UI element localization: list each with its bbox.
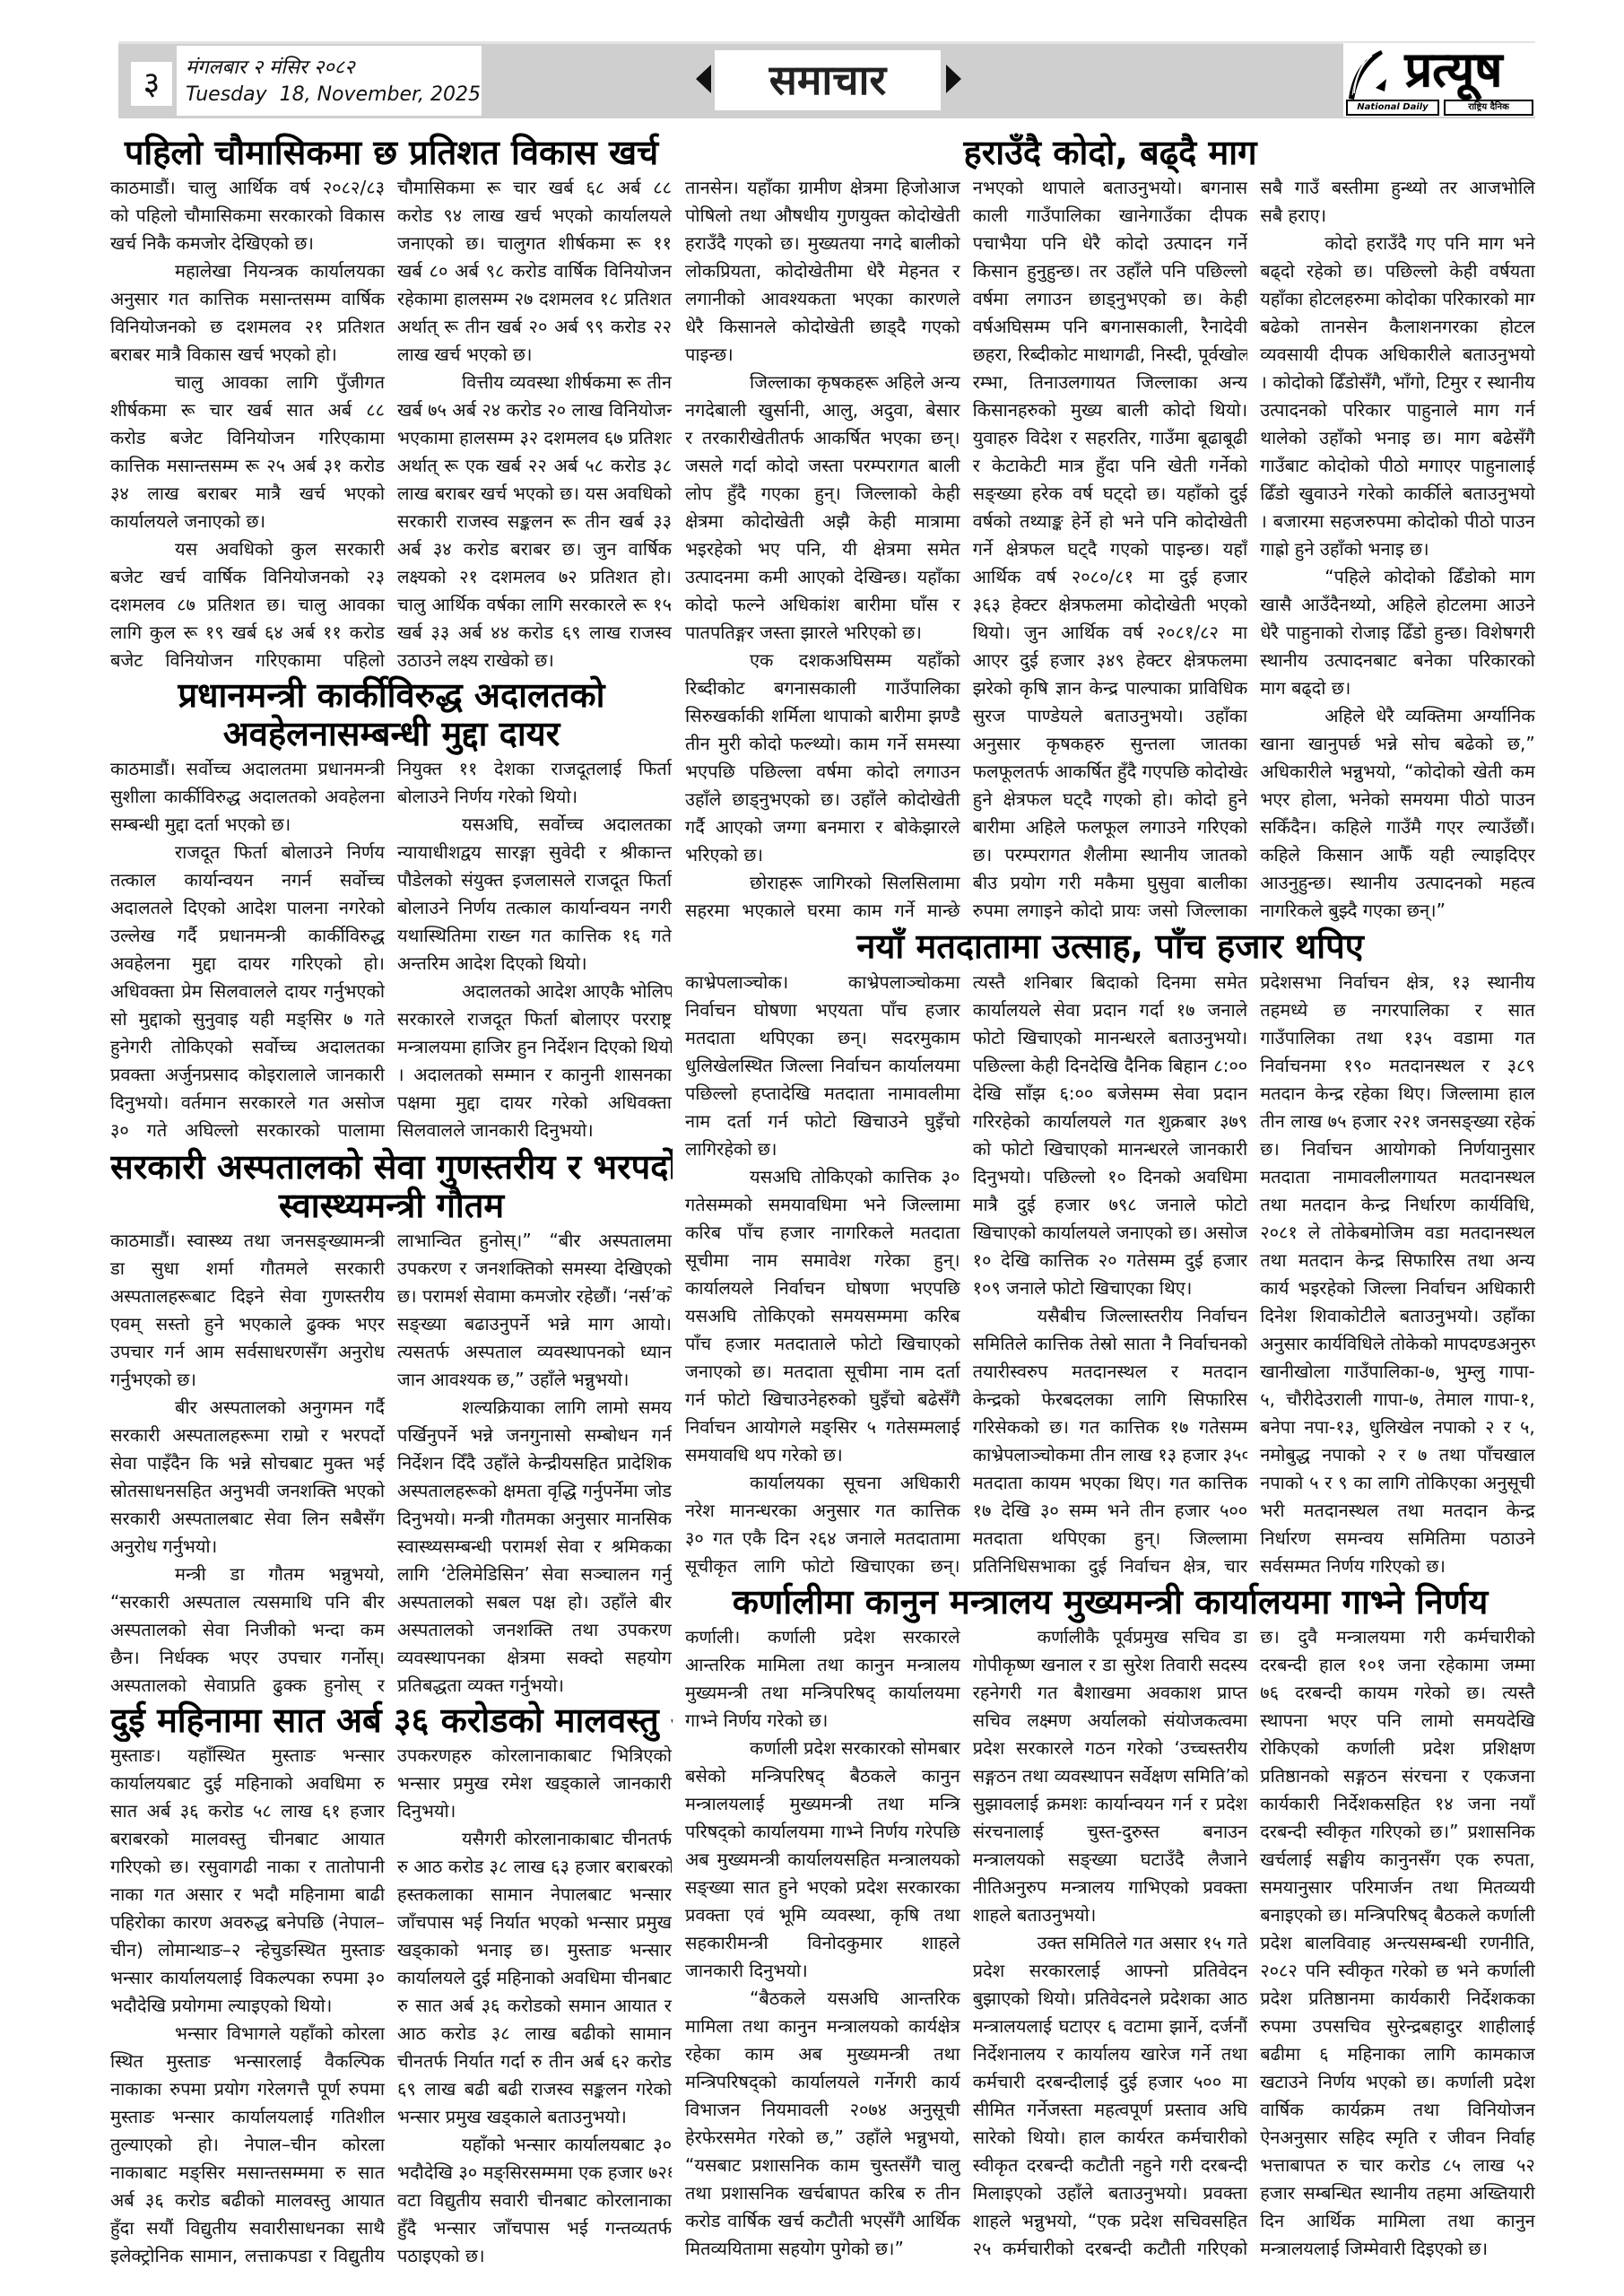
text-line: छ। परामर्श सेवामा कमजोर रहेछौं। ‘नर्स’को — [397, 1283, 672, 1310]
text-line: कर्णाली। कर्णाली प्रदेश सरकारले — [685, 1623, 960, 1651]
text-line: खाना खानुपर्छ भन्ने सोच बढेको छ,” — [1260, 730, 1535, 758]
text-line: प्रदेश बालविवाह अन्त्यसम्बन्धी रणनीति, — [1260, 1929, 1535, 1957]
text-line: गरिसेकको छ। गत कात्तिक १७ गतेसम्म — [973, 1413, 1248, 1441]
text-line: कार्यालयबाट दुई महिनाको अवधिमा रु — [110, 1770, 385, 1797]
text-line: १०९ जनाले फोटो खिचाएका थिए। — [973, 1274, 1248, 1302]
text-line: दिनुभयो। — [397, 1797, 672, 1825]
text-line: उपकरण र जनशक्तिको समस्या देखिएको — [397, 1255, 672, 1283]
text-line: कोदो हराउँदै गए पनि माग भने — [1260, 230, 1535, 257]
text-line: बजेट विनियोजन गरिएकामा पहिलो — [110, 647, 385, 674]
text-line: त्यस्तै शनिबार बिदाको दिनमा समेत — [973, 969, 1248, 996]
text-line: जसले गर्दा कोदो जस्ता परम्परागत बाली — [685, 452, 960, 480]
text-line: सङ्ख्या बढाउनुपर्ने भन्ने माग आयो। — [397, 1310, 672, 1338]
text-line: पहिरोका कारण अवरुद्ध बनेपछि (नेपाल– — [110, 1909, 385, 1936]
text-line: छ। निर्वाचन आयोगको निर्णयानुसार — [1260, 1135, 1535, 1163]
text-line: प्रवक्ता अर्जुनप्रसाद कोइरालाले जानकारी — [110, 1061, 385, 1089]
text-line: ७६ दरबन्दी कायम गरेको छ। त्यस्तै — [1260, 1679, 1535, 1707]
text-line: अर्थात् रू तीन खर्ब २० अर्ब ९९ करोड २२ — [397, 313, 672, 341]
article-karnali-ministry-merger: कर्णालीमा कानुन मन्त्रालय मुख्यमन्त्री क… — [685, 1580, 1535, 2263]
text-line: केन्द्रको फेरबदलका लागि सिफारिस — [973, 1386, 1248, 1413]
text-line: रहेका काम अब मुख्यमन्त्री तथा — [685, 2040, 960, 2068]
text-line: । कोदोको ढिँडोसँगै, भाँगो, टिमुर र स्थान… — [1260, 369, 1535, 396]
headline-line: अवहेलनासम्बन्धी मुद्दा दायर — [110, 715, 673, 753]
headline-line: हराउँदै कोदो, बढ्दै माग — [685, 131, 1535, 174]
text-line: मतदाता थपिएका हुन्। जिल्लामा — [973, 1525, 1248, 1552]
text-line: भन्सार प्रमुख रमेश खड्काले जानकारी — [397, 1770, 672, 1797]
text-line: बढेको तानसेन कैलाशनगरका होटल — [1260, 313, 1535, 341]
text-line: लक्ष्यको २१ दशमलव ७२ प्रतिशत हो। — [397, 563, 672, 591]
text-line: पर्खिनुपर्ने भन्ने जनगुनासो सम्बोधन गर्न — [397, 1422, 672, 1449]
text-line: फोटो खिचाएको मानन्धरले बताउनुभयो। — [973, 1024, 1248, 1052]
text-line: हजार सम्बन्धित स्थानीय तहमा अख्तियारी — [1260, 2179, 1535, 2207]
article-column: काठमाडौं। स्वास्थ्य तथा जनसङ्ख्यामन्त्री… — [110, 1227, 385, 1700]
text-line: उहाँले छाड्नुभएको छ। उहाँले कोदोखेती — [685, 786, 960, 813]
text-line: हेरफेरसमेत गरेको छ,” उहाँले भन्नुभयो, — [685, 2124, 960, 2152]
text-line: स्रोतसाधनसहित अनुभवी जनशक्ति भएको — [110, 1477, 385, 1505]
text-line: सहकारीमन्त्री विनोदकुमार शाहले — [685, 1929, 960, 1957]
headline: नयाँ मतदातामा उत्साह, पाँच हजार थपिए — [685, 925, 1535, 969]
text-line: सङ्ख्या सात हुने भएको प्रदेश सरकारका — [685, 1874, 960, 1901]
text-line: नाकाका रुपमा प्रयोग गरेलगत्तै पूर्ण रुपम… — [110, 2075, 385, 2103]
text-line: तथा मतदान केन्द्र सिफारिस तथा अन्य — [1260, 1247, 1535, 1274]
logo-wordmark: प्रत्यूष — [1374, 43, 1533, 99]
logo-tagline-nepali: राष्ट्रिय दैनिक — [1444, 100, 1533, 116]
text-line: शीर्षकमा रू चार खर्ब सात अर्ब ८८ — [110, 396, 385, 424]
date-box: मंगलबार २ मंसिर २०८२ Tuesday 18, Novembe… — [177, 46, 482, 116]
text-line: जनाएको छ। मतदाता सूचीमा नाम दर्ता — [685, 1358, 960, 1386]
headline-line: स्वास्थ्यमन्त्री गौतम — [110, 1187, 673, 1225]
text-line: खासै आउँदैनथ्यो, अहिले होटलमा आउने — [1260, 591, 1535, 619]
text-line: सुरज पाण्डेयले बताउनुभयो। उहाँका — [973, 702, 1248, 730]
text-line: सहरमा भएकाले घरमा काम गर्ने मान्छे — [685, 897, 960, 925]
text-line: को फोटो खिचाएको मानन्धरले जानकारी — [973, 1135, 1248, 1163]
headline-line: नयाँ मतदातामा उत्साह, पाँच हजार थपिए — [685, 925, 1535, 969]
text-line: परिषद्को कार्यालयमा गाभ्ने निर्णय गरेपछि — [685, 1818, 960, 1846]
text-line: हराउँदै गएको छ। मुख्यतया नगदे बालीको — [685, 230, 960, 257]
text-line: प्रवक्ता एवं भूमि व्यवस्था, कृषि तथा — [685, 1901, 960, 1929]
text-line: को पहिलो चौमासिकमा सरकारको विकास — [110, 202, 385, 230]
text-line: बराबर मात्रै विकास खर्च भएको हो। — [110, 341, 385, 369]
text-line: स्थानीय उत्पादनबाट बनेका परिकारको — [1260, 647, 1535, 674]
text-line: “बैठकले यसअघि आन्तरिक — [685, 1985, 960, 2013]
text-line: अनुरोध गर्नुभयो। — [110, 1533, 385, 1561]
article-column: प्रदेशसभा निर्वाचन क्षेत्र, १३ स्थानीयतह… — [1260, 969, 1535, 1580]
text-line: मुस्ताङ भन्सार कार्यालयलाई गतिशील — [110, 2103, 385, 2131]
text-line: भन्सार विभागले यहाँको कोरला — [110, 2020, 385, 2048]
text-line: खर्ब ८० अर्ब ९८ करोड वार्षिक विनियोजन — [397, 257, 672, 285]
text-line: इलेक्ट्रोनिक सामान, लत्ताकपडा र विद्युती… — [110, 2242, 385, 2270]
text-line: मतदाता नामावलीलगायत मतदानस्थल — [1260, 1163, 1535, 1191]
text-line: बोलाउने निर्णय तत्काल कार्यान्वयन नगरी — [397, 894, 672, 922]
text-line: ऐनअनुसार सहिद स्मृति र जीवन निर्वाह — [1260, 2124, 1535, 2152]
text-line: प्रदेश सरकारलाई आफ्नो प्रतिवेदन — [973, 1957, 1248, 1985]
text-line: अस्पतालको सेवा निजीको भन्दा कम — [110, 1616, 385, 1644]
text-line: मतदान केन्द्र रहेका थिए। जिल्लामा हाल — [1260, 1080, 1535, 1108]
text-line: अनुसार गत कात्तिक मसान्तसम्म वार्षिक — [110, 285, 385, 313]
text-line: रु आठ करोड ३८ लाख ६३ हजार बराबरको — [397, 1853, 672, 1881]
text-line: व्यवस्थापनका क्षेत्रमा सक्दो सहयोग — [397, 1644, 672, 1672]
text-line: राजदूत फिर्ता बोलाउने निर्णय — [110, 839, 385, 866]
text-line: बीउ प्रयोग गरी मकैमा घुसुवा बालीका — [973, 869, 1248, 897]
article-column: कर्णाली। कर्णाली प्रदेश सरकारलेआन्तरिक म… — [685, 1623, 960, 2263]
text-line: रु सात अर्ब ३६ करोडको समान आयात र — [397, 1992, 672, 2020]
text-line: कार्य भइरहेको जिल्ला निर्वाचन अधिकारी — [1260, 1274, 1535, 1302]
text-line: युवाहरु विदेश र सहरतिर, गाउँमा बूढाबूढी — [973, 424, 1248, 452]
text-line: अधिकारीले भन्नुभयो, “कोदोको खेती कम — [1260, 758, 1535, 786]
text-line: अदालतले दिएको आदेश पालना नगरेको — [110, 894, 385, 922]
text-line: भरिएको छ। — [685, 841, 960, 869]
text-line: गाभ्ने निर्णय गरेको छ। — [685, 1707, 960, 1735]
text-line: स्वीकृत दरबन्दी कटौती नहुने गरी दरबन्दी — [973, 2152, 1248, 2179]
text-line: गाउँबाट कोदोको पीठो मगाएर पाहुनालाई — [1260, 452, 1535, 480]
text-line: यसअघि तोकिएको कात्तिक ३० — [685, 1163, 960, 1191]
text-line: निर्वाचन आयोगले मङ्सिर ५ गतेसम्मलाई — [685, 1413, 960, 1441]
text-line: गाउँपालिका तथा १३५ वडामा गत — [1260, 1024, 1535, 1052]
text-line: देखि साँझ ६:०० बजेसम्म सेवा प्रदान — [973, 1080, 1248, 1108]
text-line: सचिव लक्ष्मण अर्यालको संयोजकत्वमा — [973, 1707, 1248, 1735]
masthead-logo: प्रत्यूष National Daily राष्ट्रिय दैनिक — [1343, 43, 1535, 117]
text-line: उत्पादनको परिकार पाहुनाले माग गर्न — [1260, 396, 1535, 424]
headline-line: प्रधानमन्त्री कार्कीविरुद्ध अदालतको — [110, 676, 673, 715]
text-line: जनाएको छ। चालुगत शीर्षकमा रू ११ — [397, 230, 672, 257]
text-line: काभ्रेपलाञ्चोक। काभ्रेपलाञ्चोकमा — [685, 969, 960, 996]
text-line: वटा विद्युतीय सवारी चीनबाट कोरलानाका — [397, 2187, 672, 2214]
text-line: छ। दुवै मन्त्रालयमा गरी कर्मचारीको — [1260, 1623, 1535, 1651]
text-line: अस्पतालको सबल पक्ष हो। उहाँले बीर — [397, 1588, 672, 1616]
text-line: पातपतिङ्गर जस्ता झारले भरिएको छ। — [685, 619, 960, 647]
text-line: मुस्ताङ। यहाँस्थित मुस्ताङ भन्सार — [110, 1742, 385, 1770]
text-line: दिनुभयो। पछिल्लो १० दिनको अवधिमा — [973, 1163, 1248, 1191]
text-line: नीतिअनुरुप मन्त्रालय गाभिएको प्रवक्ता — [973, 1874, 1248, 1901]
text-line: खर्ब ३३ अर्ब ४४ करोड ६९ लाख राजस्व — [397, 619, 672, 647]
text-line: किसानहरुको मुख्य बाली कोदो थियो। — [973, 396, 1248, 424]
text-line: दिन आर्थिक मामिला तथा कानुन — [1260, 2207, 1535, 2235]
text-line: चीनतर्फ निर्यात गर्दा रु तीन अर्ब ६२ करो… — [397, 2048, 672, 2075]
text-line: नपाको ५ र ९ का लागि तोकिएका अनुसूची — [1260, 1469, 1535, 1497]
text-line: पौडेलको संयुक्त इजलासले राजदूत फिर्ता — [397, 866, 672, 894]
text-line: हस्तकलाका सामान नेपालबाट भन्सार — [397, 1881, 672, 1909]
text-line: सिलवालले जानकारी दिनुभयो। — [397, 1117, 672, 1144]
text-line: त्यसतर्फ अस्पताल व्यवस्थापनको ध्यान — [397, 1338, 672, 1366]
text-line: । बजारमा सहजरुपमा कोदोको पीठो पाउन — [1260, 508, 1535, 535]
text-line: तत्काल कार्यान्वयन नगर्न सर्वोच्च — [110, 866, 385, 894]
headline: दुई महिनामा सात अर्ब ३६ करोडको मालवस्तु … — [110, 1700, 673, 1742]
text-line: काठमाडौं। सर्वोच्च अदालतमा प्रधानमन्त्री — [110, 755, 385, 783]
text-line: १० देखि कात्तिक २० गतेसम्म दुई हजार — [973, 1247, 1248, 1274]
text-line: नाका गत असार र भदौ महिनामा बाढी — [110, 1881, 385, 1909]
text-line: सरकारी राजस्व सङ्कलन रू तीन खर्ब ३३ — [397, 508, 672, 535]
text-line: तीन लाख ७५ हजार २२१ जनसङ्ख्या रहेको — [1260, 1108, 1535, 1135]
text-line: छ। परम्परागत शैलीमा स्थानीय जातको — [973, 841, 1248, 869]
text-line: करोड ९४ लाख खर्च भएको कार्यालयले — [397, 202, 672, 230]
text-line: लाख बराबर खर्च भएको छ। यस अवधिको — [397, 480, 672, 508]
text-line: सम्बन्धी मुद्दा दर्ता भएको छ। — [110, 811, 385, 839]
text-line: क्षेत्रमा कोदोखेती अझै केही मात्रामा — [685, 508, 960, 535]
text-line: न्यायाधीशद्वय सारङ्गा सुवेदी र श्रीकान्त — [397, 839, 672, 866]
text-line: गाह्रो हुने उहाँको भनाइ छ। — [1260, 535, 1535, 563]
text-line: तहमध्ये छ नगरपालिका र सात — [1260, 996, 1535, 1024]
text-line: “पहिले कोदोको ढिँडोको माग — [1260, 563, 1535, 591]
text-line: यसैगरी कोरलानाकाबाट चीनतर्फ — [397, 1825, 672, 1853]
text-line: अनुसार कार्यविधिले तोकेको मापदण्डअनुरुप — [1260, 1330, 1535, 1358]
text-line: कोदो फल्ने अधिकांश बारीमा घाँस र — [685, 591, 960, 619]
text-line: फलफूलतर्फ आकर्षित हुँदै गएपछि कोदोखेती — [973, 758, 1248, 786]
text-line: खड्काको भनाइ छ। मुस्ताङ भन्सार — [397, 1936, 672, 1964]
text-line: मामिला तथा कानुन मन्त्रालयको कार्यक्षेत्… — [685, 2013, 960, 2040]
text-line: लगानीको आवश्यकता भएका कारणले — [685, 285, 960, 313]
text-line: ३४ लाख बराबर मात्रै खर्च भएको — [110, 480, 385, 508]
text-line: सात अर्ब ३६ करोड ५८ लाख ६१ हजार — [110, 1797, 385, 1825]
text-line: रोकिएको कर्णाली प्रदेश प्रशिक्षण — [1260, 1735, 1535, 1762]
text-line: जिल्लाका कृषकहरू अहिले अन्य — [685, 369, 960, 396]
date-english: Tuesday 18, November, 2025 — [186, 83, 481, 106]
text-line: उक्त समितिले गत असार १५ गते — [973, 1929, 1248, 1957]
article-column: चौमासिकमा रू चार खर्ब ६८ अर्ब ८८करोड ९४ … — [397, 174, 672, 674]
arrow-left-icon — [696, 65, 711, 93]
text-line: प्रदेश प्रतिष्ठानमा कार्यकारी निर्देशकका — [1260, 1985, 1535, 2013]
text-line: गर्दै आएको जग्गा बनमारा र बोकेझारले — [685, 813, 960, 841]
text-line: गर्न फोटो खिचाउनेहरुको घुइँचो बढेसँगै — [685, 1386, 960, 1413]
text-line: प्रदेश सरकारले गठन गरेको ‘उच्चस्तरीय — [973, 1735, 1248, 1762]
text-line: भएकामा हालसम्म ३२ दशमलव ६७ प्रतिशत — [397, 424, 672, 452]
text-line: तयारीस्वरुप मतदानस्थल र मतदान — [973, 1358, 1248, 1386]
text-line: सरकारी अस्पतालबाट सेवा लिन सबैसँग — [110, 1505, 385, 1533]
text-line: आन्तरिक मामिला तथा कानुन मन्त्रालय — [685, 1651, 960, 1679]
text-line: हुँदा सयौं विद्युतीय सवारीसाधनका साथै — [110, 2214, 385, 2242]
text-line: कहिले किसान आफैँ यही ल्याइदिएर — [1260, 841, 1535, 869]
text-line: समितिले कात्तिक तेस्रो साता नै निर्वाचनक… — [973, 1330, 1248, 1358]
text-line: वित्तीय व्यवस्था शीर्षकमा रू तीन — [397, 369, 672, 396]
text-line: तीन मुरी कोदो फल्थ्यो। काम गर्ने समस्या — [685, 730, 960, 758]
text-line: दरबन्दी हाल १०१ जना रहेकामा जम्मा — [1260, 1651, 1535, 1679]
text-line: आठ करोड ३८ लाख बढीको सामान — [397, 2020, 672, 2048]
text-line: भएपछि पछिल्ला वर्षमा कोदो लगाउन — [685, 758, 960, 786]
text-line: बढ्दो रहेको छ। पछिल्लो केही वर्षयता — [1260, 257, 1535, 285]
text-line: सरकारी अस्पतालहरूमा राम्रो र भरपर्दो — [110, 1422, 385, 1449]
headline: सरकारी अस्पतालको सेवा गुणस्तरीय र भरपर्द… — [110, 1144, 673, 1227]
text-line: मतदाता कायम भएका थिए। गत कात्तिक — [973, 1469, 1248, 1497]
text-line: भदौदेखि प्रयोगमा ल्याइएको थियो। — [110, 1992, 385, 2020]
text-line: सूचीमा नाम समावेश गरेका हुन्। — [685, 1247, 960, 1274]
text-line: दिनेश शिवाकोटीले बताउनुभयो। उहाँका — [1260, 1302, 1535, 1330]
text-line: एक दशकअघिसम्म यहाँको — [685, 647, 960, 674]
text-line: बसेको मन्त्रिपरिषद् बैठकले कानुन — [685, 1762, 960, 1790]
text-line: पछिल्लो हप्तादेखि मतदाता नामावलीमा — [685, 1080, 960, 1108]
text-line: वर्षको तथ्याङ्क हेर्ने हो भने पनि कोदोखे… — [973, 508, 1248, 535]
text-line: पचाभैया पनि धेरै कोदो उत्पादन गर्ने — [973, 230, 1248, 257]
text-line: यस अवधिको कुल सरकारी — [110, 535, 385, 563]
text-line: मात्रै दुई हजार ७९८ जनाले फोटो — [973, 1191, 1248, 1219]
text-line: कर्णालीकै पूर्वप्रमुख सचिव डा — [973, 1623, 1248, 1651]
text-line: नियुक्त ११ देशका राजदूतलाई फिर्ता — [397, 755, 672, 783]
text-line: धुलिखेलस्थित जिल्ला निर्वाचन कार्यालयमा — [685, 1052, 960, 1080]
text-line: भन्सार कार्यालयलाई विकल्पका रुपमा ३० — [110, 1964, 385, 1992]
text-line: मिलाइएको उहाँले बताउनुभयो। प्रवक्ता — [973, 2179, 1248, 2207]
page-number: ३ — [131, 62, 172, 106]
text-line: गर्ने क्षेत्रफल घट्दै गएको पाइन्छ। यहाँ — [973, 535, 1248, 563]
text-line: माग बढ्दो छ। — [1260, 674, 1535, 702]
text-line: गोपीकृष्ण खनाल र डा सुरेश तिवारी सदस्य — [973, 1651, 1248, 1679]
text-line: छहरा, रिब्दीकोट माथागढी, निस्दी, पूर्वखो… — [973, 341, 1248, 369]
text-line: कर्णाली प्रदेश सरकारको सोमबार — [685, 1735, 960, 1762]
headline: हराउँदै कोदो, बढ्दै माग — [685, 131, 1535, 174]
headline-line: सरकारी अस्पतालको सेवा गुणस्तरीय र भरपर्द… — [110, 1148, 673, 1187]
text-line: बढीमा ६ महिनाका लागि कामकाज — [1260, 2040, 1535, 2068]
text-line: तुल्याएको हो। नेपाल–चीन कोरला — [110, 2131, 385, 2159]
text-line: नाकाबाट मङ्सिर मसान्तसम्ममा रु सात — [110, 2159, 385, 2187]
text-line: उत्पादनमा कमी आएको देखिन्छ। यहाँका — [685, 563, 960, 591]
text-line: सर्वसम्मत निर्णय गरिएको छ। — [1260, 1552, 1535, 1580]
text-line: बनाइएको छ। मन्त्रिपरिषद् बैठकले कर्णाली — [1260, 1901, 1535, 1929]
text-line: करिब पाँच हजार नागरिकले मतदाता — [685, 1219, 960, 1247]
text-line: निर्वाचन घोषणा भएयता पाँच हजार — [685, 996, 960, 1024]
text-line: मन्त्रालयलाई मुख्यमन्त्री तथा मन्त्रि — [685, 1790, 960, 1818]
text-line: अर्ब ३६ करोड बढीको मालवस्तु आयात — [110, 2187, 385, 2214]
text-line: नगदेबाली खुर्सानी, आलु, अदुवा, बेसार — [685, 396, 960, 424]
text-line: र केटाकेटी मात्र हुँदा पनि खेती गर्नेको — [973, 452, 1248, 480]
text-line: तानसेन। यहाँका ग्रामीण क्षेत्रमा हिजोआज — [685, 174, 960, 202]
text-line: पठाइएको छ। — [397, 2242, 672, 2270]
text-line: यथास्थितिमा राख्न गत कात्तिक १६ गते — [397, 922, 672, 950]
text-line: सो मुद्दाको सुनुवाइ यही मङ्सिर ७ गते — [110, 1005, 385, 1033]
text-line: करोड बजेट विनियोजन गरिएकामा — [110, 424, 385, 452]
text-line: काठमाडौं। स्वास्थ्य तथा जनसङ्ख्यामन्त्री — [110, 1227, 385, 1255]
text-line: मन्त्री डा गौतम भन्नुभयो, — [110, 1561, 385, 1588]
text-line: प्रतिनिधिसभाका दुई निर्वाचन क्षेत्र, चार — [973, 1552, 1248, 1580]
text-line: अस्पतालको जनशक्ति तथा उपकरण — [397, 1616, 672, 1644]
text-line: छोराहरू जागिरको सिलसिलामा — [685, 869, 960, 897]
text-line: पछिल्ला केही दिनदेखि दैनिक बिहान ८:०० — [973, 1052, 1248, 1080]
article-column: काठमाडौं। चालु आर्थिक वर्ष २०८२/८३को पहि… — [110, 174, 385, 674]
text-line: भदौदेखि ३० मङ्सिरसम्ममा एक हजार ७२६ — [397, 2159, 672, 2187]
text-line: रुपमा उपसचिव सुरेन्द्रबहादुर शाहीलाई — [1260, 2013, 1535, 2040]
text-line: आउनुहुन्छ। स्थानीय उत्पादनको महत्व — [1260, 869, 1535, 897]
text-line: विनियोजनको छ दशमलव २१ प्रतिशत — [110, 313, 385, 341]
text-line: नरेश मानन्धरका अनुसार गत कात्तिक — [685, 1497, 960, 1525]
text-line: मन्त्रालयको सङ्ख्या घटाउँदै लैजाने — [973, 1846, 1248, 1874]
text-line: प्रतिबद्धता व्यक्त गर्नुभयो। — [397, 1672, 672, 1700]
text-line: शाहले बताउनुभयो। — [973, 1901, 1248, 1929]
text-line: पाँच हजार मतदाताले फोटो खिचाएको — [685, 1330, 960, 1358]
text-line: पक्षमा मुद्दा दायर गरेको अधिवक्ता — [397, 1089, 672, 1117]
text-line: छैन। निर्धक्क भएर उपचार गर्नोस्। — [110, 1644, 385, 1672]
article-new-voters: नयाँ मतदातामा उत्साह, पाँच हजार थपिए काभ… — [685, 925, 1535, 1580]
text-line: प्रतिष्ठानको सङ्गठन संरचना र एकजना — [1260, 1762, 1535, 1790]
text-line: ५, चौरीदेउराली गापा-७, तेमाल गापा-१, — [1260, 1386, 1535, 1413]
text-line: चौमासिकमा रू चार खर्ब ६८ अर्ब ८८ — [397, 174, 672, 202]
text-line: भन्सार प्रमुख खड्काले बताउनुभयो। — [397, 2103, 672, 2131]
article-development-spending: पहिलो चौमासिकमा छ प्रतिशत विकास खर्च काठ… — [110, 131, 673, 674]
text-line: यहाँका होटलहरुमा कोदोका परिकारको माग — [1260, 285, 1535, 313]
text-line: दरबन्दी स्वीकृत गरिएको छ।” प्रशासनिक — [1260, 1818, 1535, 1846]
text-line: ६९ लाख बढी बढी राजस्व सङ्कलन गरेको — [397, 2075, 672, 2103]
text-line: दशमलव ८७ प्रतिशत छ। चालु आवका — [110, 591, 385, 619]
text-line: अदालतको आदेश आएकै भोलिपल्ट — [397, 978, 672, 1005]
text-line: वर्षअघिसम्म पनि बगनासकाली, रैनादेवी — [973, 313, 1248, 341]
text-line: कार्यकारी निर्देशकसहित १४ जना नयाँ — [1260, 1790, 1535, 1818]
text-line: सुशीला कार्कीविरुद्ध अदालतको अवहेलना — [110, 783, 385, 811]
article-column: नभएको थापाले बताउनुभयो। बगनासकाली गाउँपा… — [973, 174, 1248, 925]
text-line: बनेपा नपा-१३, धुलिखेल नपाको २ र ५, — [1260, 1413, 1535, 1441]
arrow-right-icon — [946, 65, 961, 93]
text-line: निर्देशनालय र कार्यालय खारेज गर्ने तथा — [973, 2040, 1248, 2068]
text-line: सारेको थियो। हाल कार्यरत कर्मचारीको — [973, 2124, 1248, 2152]
text-line: अर्ब ३४ करोड बराबर छ। जुन वार्षिक — [397, 535, 672, 563]
article-column: त्यस्तै शनिबार बिदाको दिनमा समेतकार्यालय… — [973, 969, 1248, 1580]
text-line: प्रदेशसभा निर्वाचन क्षेत्र, १३ स्थानीय — [1260, 969, 1535, 996]
text-line: ३६३ हेक्टर क्षेत्रफलमा कोदोखेती भएको — [973, 591, 1248, 619]
left-news-stack: पहिलो चौमासिकमा छ प्रतिशत विकास खर्च काठ… — [110, 131, 673, 2270]
text-line: मुख्यमन्त्री तथा मन्त्रिपरिषद् कार्यालयम… — [685, 1679, 960, 1707]
headline-line: कर्णालीमा कानुन मन्त्रालय मुख्यमन्त्री क… — [685, 1580, 1535, 1623]
text-line: खिचाएको कार्यालयले जनाएको छ। असोज — [973, 1219, 1248, 1247]
text-line: उठाउने लक्ष्य राखेको छ। — [397, 647, 672, 674]
text-line: नागरिकले बुझ्दै गएका छन्।” — [1260, 897, 1535, 925]
text-line: व्यवसायी दीपक अधिकारीले बताउनुभयो — [1260, 341, 1535, 369]
text-line: समयावधि थप गरेको छ। — [685, 1441, 960, 1469]
text-line: कार्यालयले निर्वाचन घोषणा भएपछि — [685, 1274, 960, 1302]
text-line: स्थापना भएर पनि लामो समयदेखि — [1260, 1707, 1535, 1735]
text-line: मन्त्रिपरिषद्को कार्यालयले गर्नेगरी कार्… — [685, 2068, 960, 2096]
text-line: यसैबीच जिल्लास्तरीय निर्वाचन — [973, 1302, 1248, 1330]
text-line: आर्थिक वर्ष २०८०/८१ मा दुई हजार — [973, 563, 1248, 591]
text-line: वर्षमा लगाउन छाड्नुभएको छ। केही — [973, 285, 1248, 313]
text-line: सरकारले राजदूत फिर्ता बोलाएर परराष्ट्र — [397, 1005, 672, 1033]
text-line: अन्तरिम आदेश दिएको थियो। — [397, 950, 672, 978]
text-line: झरेको कृषि ज्ञान केन्द्र पाल्पाका प्रावि… — [973, 674, 1248, 702]
text-line: संरचनालाई चुस्त-दुरुस्त बनाउन — [973, 1818, 1248, 1846]
logo-tagline-english: National Daily — [1346, 100, 1439, 116]
article-column: कर्णालीकै पूर्वप्रमुख सचिव डागोपीकृष्ण ख… — [973, 1623, 1248, 2263]
text-line: लोप हुँदै गएका हुन्। जिल्लाको केही — [685, 480, 960, 508]
text-line: सेवा पाइँदैन कि भन्ने सोचबाट मुक्त भई — [110, 1449, 385, 1477]
text-line: कार्यालयले सेवा प्रदान गर्दा १७ जनाले — [973, 996, 1248, 1024]
article-pm-contempt-case: प्रधानमन्त्री कार्कीविरुद्ध अदालतकोअवहेल… — [110, 674, 673, 1144]
text-line: २०८२ पनि स्वीकृत गरेको छ भने कर्णाली — [1260, 1957, 1535, 1985]
text-line: थालेको उहाँको भनाइ छ। माग बढेसँगै — [1260, 424, 1535, 452]
text-line: काठमाडौं। चालु आर्थिक वर्ष २०८२/८३ — [110, 174, 385, 202]
text-line: स्वास्थ्यसम्बन्धी परामर्श सेवा र श्रमिकक… — [397, 1533, 672, 1561]
text-line: मन्त्रालयमा हाजिर हुन निर्देशन दिएको थिय… — [397, 1033, 672, 1061]
text-line: गरिएको छ। रसुवागढी नाका र तातोपानी — [110, 1853, 385, 1881]
text-line: लागि कुल रू १९ खर्ब ६४ अर्ब ११ करोड — [110, 619, 385, 647]
text-line: गरिरहेको कार्यालयले गत शुक्रबार ३७९ — [973, 1108, 1248, 1135]
text-line: नभएको थापाले बताउनुभयो। बगनास — [973, 174, 1248, 202]
headline-line: दुई महिनामा सात अर्ब ३६ करोडको मालवस्तु … — [110, 1700, 673, 1742]
text-line: सङ्ख्या हरेक वर्ष घट्दो छ। यहाँको दुई — [973, 480, 1248, 508]
text-line: १७ देखि ३० सम्म भने तीन हजार ५०० — [973, 1497, 1248, 1525]
headline: प्रधानमन्त्री कार्कीविरुद्ध अदालतकोअवहेल… — [110, 674, 673, 755]
text-line: शाहले भन्नुभयो, “एक प्रदेश सचिवसहित — [973, 2207, 1248, 2235]
text-line: पोषिलो तथा औषधीय गुणयुक्त कोदोखेती — [685, 202, 960, 230]
text-line: जान आवश्यक छ,” उहाँले भन्नुभयो। — [397, 1366, 672, 1394]
headline: कर्णालीमा कानुन मन्त्रालय मुख्यमन्त्री क… — [685, 1580, 1535, 1623]
text-line: जाँचपास भई निर्यात भएको भन्सार प्रमुख — [397, 1909, 672, 1936]
text-line: हुनेगरी तोकिएको सर्वोच्च अदालतका — [110, 1033, 385, 1061]
text-line: भरी मतदानस्थल तथा मतदान केन्द्र — [1260, 1497, 1535, 1525]
text-line: यसअघि, सर्वोच्च अदालतका — [397, 811, 672, 839]
text-line: भएर होला, भनेको समयमा पीठो पाउन — [1260, 786, 1535, 813]
text-line: सङ्गठन तथा व्यवस्थापन सर्वेक्षण समिति’को — [973, 1762, 1248, 1790]
text-line: बीर अस्पतालको अनुगमन गर्दै — [110, 1394, 385, 1422]
text-line: रहेकामा हालसम्म २७ दशमलव १८ प्रतिशत — [397, 285, 672, 313]
text-line: गतेसम्मको समयावधिमा भने जिल्लामा — [685, 1191, 960, 1219]
text-line: धेरै पाहुनाको रोजाइ ढिँडो हुन्छ। विशेषगर… — [1260, 619, 1535, 647]
text-line: किसान हुनुहुन्छ। तर उहाँले पनि पछिल्लो — [973, 257, 1248, 285]
text-line: रम्भा, तिनाउलगायत जिल्लाका अन्य — [973, 369, 1248, 396]
text-line: अस्पतालको सेवाप्रति ढुक्क हुनोस् र — [110, 1672, 385, 1700]
text-line: निर्देशन दिँदै उहाँले केन्द्रीयसहित प्रा… — [397, 1449, 672, 1477]
